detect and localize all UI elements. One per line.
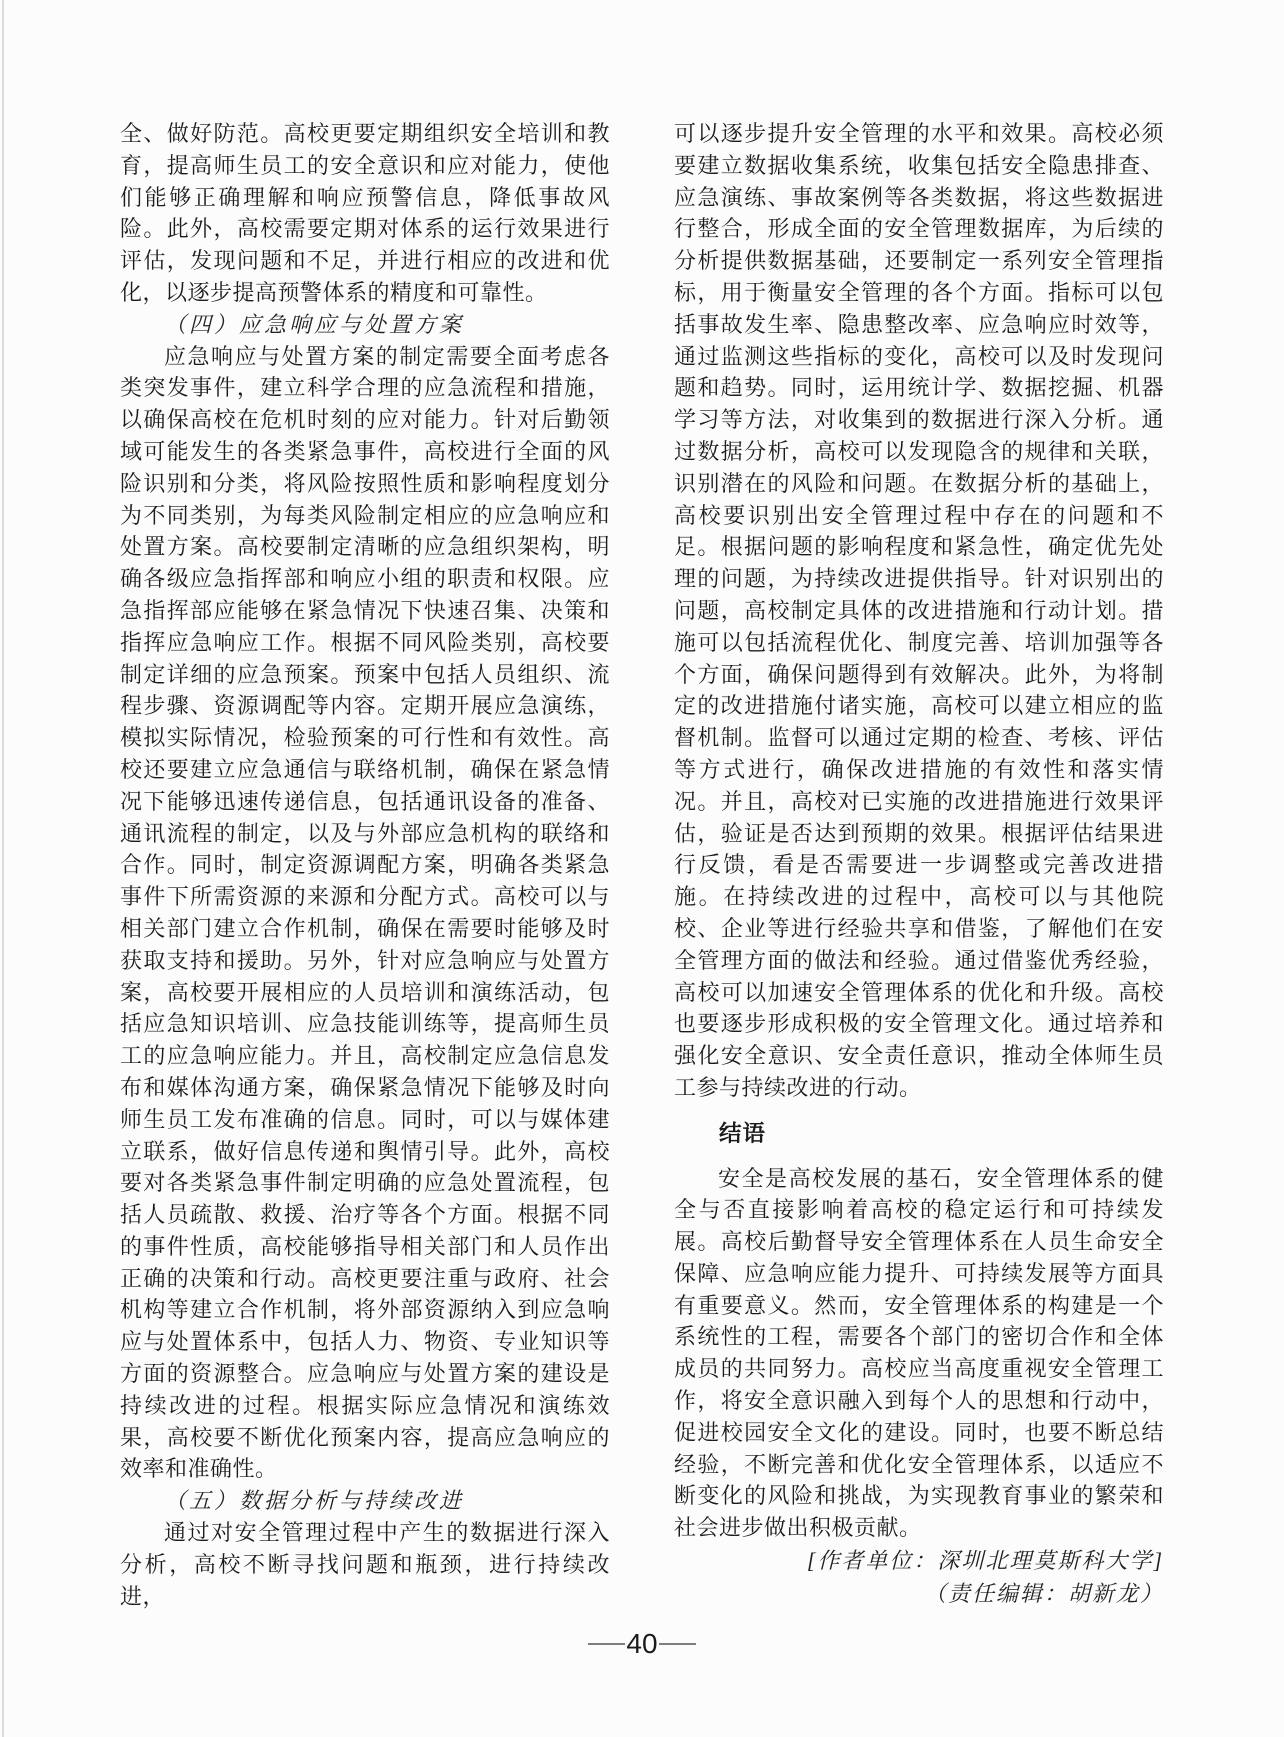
left-column: 全、做好防范。高校更要定期组织安全培训和教育，提高师生员工的安全意识和应对能力，… <box>120 118 610 1612</box>
conclusion-heading: 结语 <box>674 1118 1164 1150</box>
footer-rule-right <box>659 1643 696 1645</box>
body-paragraph: 通过对安全管理过程中产生的数据进行深入分析，高校不断寻找问题和瓶颈，进行持续改进… <box>120 1517 610 1612</box>
page-footer: 40 <box>0 1630 1284 1658</box>
page-scan-edge <box>2 0 4 1737</box>
body-paragraph: 安全是高校发展的基石，安全管理体系的健全与否直接影响着高校的稳定运行和可持续发展… <box>674 1163 1164 1545</box>
article-body: 全、做好防范。高校更要定期组织安全培训和教育，提高师生员工的安全意识和应对能力，… <box>120 118 1164 1612</box>
body-paragraph: 可以逐步提升安全管理的水平和效果。高校必须要建立数据收集系统，收集包括安全隐患排… <box>674 118 1164 1104</box>
page-number: 40 <box>625 1630 658 1658</box>
body-paragraph: 全、做好防范。高校更要定期组织安全培训和教育，提高师生员工的安全意识和应对能力，… <box>120 118 610 309</box>
right-column: 可以逐步提升安全管理的水平和效果。高校必须要建立数据收集系统，收集包括安全隐患排… <box>674 118 1164 1612</box>
body-paragraph: 应急响应与处置方案的制定需要全面考虑各类突发事件，建立科学合理的应急流程和措施，… <box>120 341 610 1486</box>
author-affiliation: [作者单位：深圳北理莫斯科大学] <box>674 1544 1164 1577</box>
responsible-editor: （责任编辑：胡新龙） <box>674 1577 1164 1610</box>
section-heading-5: （五）数据分析与持续改进 <box>120 1485 610 1517</box>
footer-rule-left <box>588 1643 625 1645</box>
section-heading-4: （四）应急响应与处置方案 <box>120 309 610 341</box>
